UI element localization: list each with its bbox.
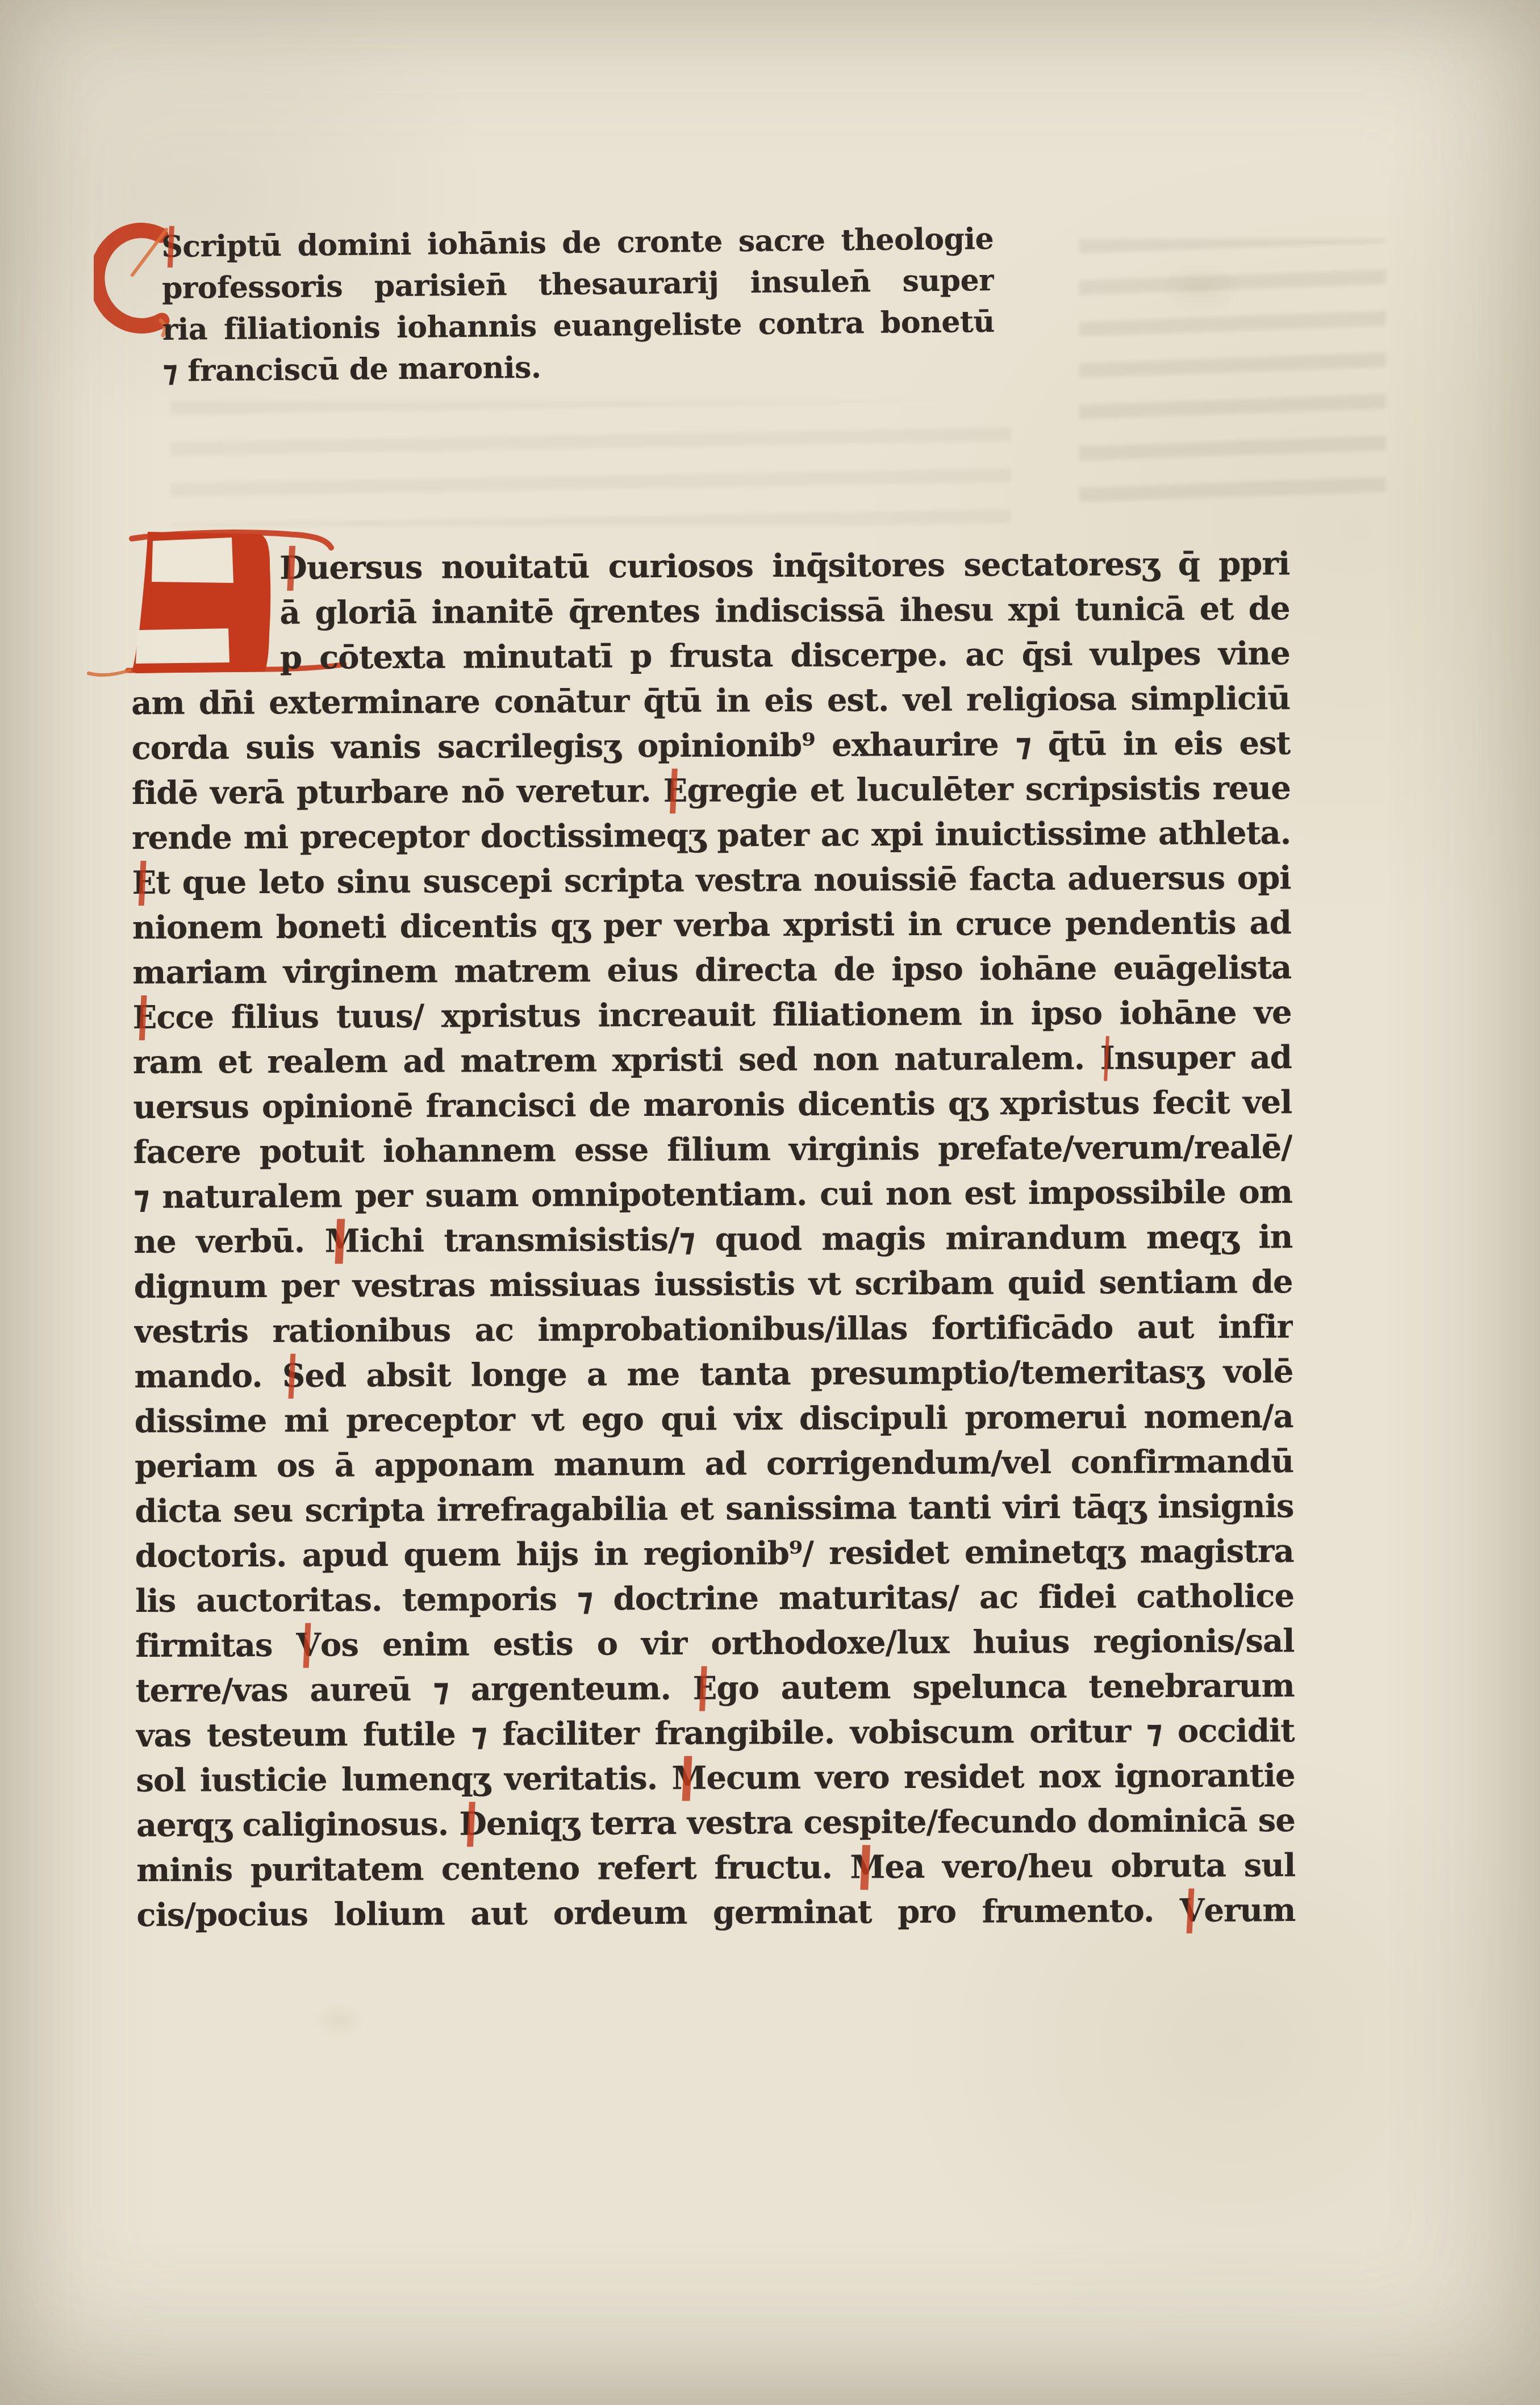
text-line: Et que leto sinu suscepi scripta vestra …: [132, 856, 1291, 906]
text-run: cis/pocius lolium aut ordeum germinat pr…: [136, 1892, 1180, 1934]
text-line: aerqʒ caliginosus. Deniqʒ terra vestra c…: [136, 1798, 1295, 1848]
text-line: cis/pocius lolium aut ordeum germinat pr…: [136, 1888, 1295, 1938]
text-run: ichi transmisistis/⁊ quod magis mirandum…: [360, 1218, 1293, 1260]
text-run: ria filiationis iohannis euangeliste con…: [162, 305, 995, 347]
text-line: terre/vas aureū ⁊ argenteum. Ego autem s…: [136, 1664, 1295, 1714]
text-run: p cōtexta minutatī p frusta discerpe. ac…: [280, 635, 1290, 677]
text-line: lis auctoritas. temporis ⁊ doctrine matu…: [135, 1574, 1294, 1624]
text-run: dissime mi preceptor vt ego qui vix disc…: [135, 1398, 1293, 1440]
text-line: dignum per vestras missiuas iussistis vt…: [134, 1260, 1293, 1310]
text-line: p cōtexta minutatī p frusta discerpe. ac…: [131, 631, 1290, 681]
show-through-ghost: [170, 401, 1011, 526]
text-run: ea vero/heu obruta sul: [884, 1847, 1295, 1886]
text-line: firmitas Vos enim estis o vir orthodoxe/…: [135, 1619, 1294, 1669]
text-run: facere potuit iohannem esse filium virgi…: [133, 1128, 1292, 1171]
text-line: professoris parisien̄ thesaurarij insule…: [162, 260, 995, 309]
rubricated-capital: M: [324, 1219, 359, 1264]
main-text-block: Duersus nouitatū curiosos inq̄sitores se…: [131, 541, 1296, 1938]
text-run: ecum vero residet nox ignorantie: [706, 1757, 1295, 1797]
rubricated-capital: E: [132, 861, 156, 906]
text-run: firmitas: [135, 1627, 296, 1665]
rubricated-capital: D: [459, 1802, 486, 1847]
text-run: ⁊ franciscū de maronis.: [162, 351, 541, 389]
text-run: uersus opinionē francisci de maronis dic…: [133, 1083, 1292, 1126]
text-line: ram et realem ad matrem xpristi sed non …: [133, 1035, 1292, 1085]
text-line: sol iusticie lumenqʒ veritatis. Mecum ve…: [136, 1753, 1295, 1803]
text-run: rende mi preceptor doctissimeqʒ pater ac…: [132, 814, 1291, 857]
rubricated-capital: V: [296, 1623, 320, 1668]
text-run: eniqʒ terra vestra cespite/fecundo domin…: [486, 1802, 1295, 1843]
text-run: dignum per vestras missiuas iussistis vt…: [134, 1263, 1293, 1306]
text-run: dicta seu scripta irrefragabilia et sani…: [135, 1487, 1293, 1530]
text-line: ne verbū. Michi transmisistis/⁊ quod mag…: [133, 1215, 1292, 1265]
rubricated-capital: S: [282, 1354, 305, 1399]
text-run: ā gloriā inanitē q̄rentes indiscissā ihe…: [279, 590, 1289, 636]
rubricated-capital: E: [663, 769, 687, 814]
text-line: vestris rationibus ac improbationibus/il…: [134, 1304, 1293, 1354]
page: { "colors": { "paper": "#e9e3d3", "ink":…: [0, 0, 1540, 2405]
text-run: mando.: [134, 1357, 282, 1395]
text-line: nionem boneti dicentis qʒ per verba xpri…: [132, 901, 1291, 951]
text-line: periam os ā apponam manum ad corrigendum…: [135, 1439, 1293, 1489]
rubricated-capital: E: [132, 995, 156, 1040]
text-run: criptū domini iohānis de cronte sacre th…: [182, 222, 994, 264]
text-line: ⁊ naturalem per suam omnipotentiam. cui …: [133, 1170, 1292, 1220]
text-line: ⁊ franciscū de maronis.: [162, 343, 995, 392]
text-run: uersus nouitatū curiosos inq̄sitores sec…: [307, 545, 1290, 587]
text-run: lis auctoritas. temporis ⁊ doctrine matu…: [135, 1577, 1294, 1620]
show-through-ghost: [1079, 239, 1386, 506]
text-line: facere potuit iohannem esse filium virgi…: [133, 1125, 1292, 1175]
text-line: mariam virginem matrem eius directa de i…: [132, 945, 1291, 995]
text-line: ā gloriā inanitē q̄rentes indiscissā ihe…: [131, 586, 1289, 636]
text-run: minis puritatem centeno refert fructu.: [136, 1848, 850, 1889]
text-run: mariam virginem matrem eius directa de i…: [132, 949, 1291, 991]
text-line: corda suis vanis sacrilegisʒ opinionib⁹ …: [131, 721, 1290, 771]
text-run: fidē verā pturbare nō veretur.: [132, 772, 663, 812]
text-line: am dn̄i exterminare conātur q̄tū in eis …: [131, 676, 1290, 726]
text-run: ed absit longe a me tanta presumptio/tem…: [304, 1353, 1293, 1395]
text-run: nsuper ad: [1115, 1039, 1292, 1077]
text-line: vas testeum futile ⁊ faciliter frangibil…: [136, 1708, 1295, 1758]
text-run: aerqʒ caliginosus.: [136, 1805, 460, 1844]
text-run: doctoris. apud quem hijs in regionib⁹/ r…: [135, 1532, 1294, 1575]
text-run: terre/vas aureū ⁊ argenteum.: [136, 1670, 693, 1710]
text-line: rende mi preceptor doctissimeqʒ pater ac…: [132, 811, 1291, 861]
rubricated-capital: E: [693, 1666, 717, 1711]
text-run: vas testeum futile ⁊ faciliter frangibil…: [136, 1712, 1295, 1754]
text-run: gregie et luculēter scripsistis reue: [687, 769, 1291, 810]
text-line: doctoris. apud quem hijs in regionib⁹/ r…: [135, 1529, 1294, 1579]
text-line: ria filiationis iohannis euangeliste con…: [162, 301, 995, 351]
text-run: ⁊ naturalem per suam omnipotentiam. cui …: [133, 1173, 1292, 1216]
text-line: fidē verā pturbare nō veretur. Egregie e…: [132, 766, 1291, 816]
text-line: mando. Sed absit longe a me tanta presum…: [134, 1349, 1293, 1399]
text-line: uersus opinionē francisci de maronis dic…: [133, 1080, 1292, 1130]
text-run: periam os ā apponam manum ad corrigendum…: [135, 1443, 1293, 1485]
text-line: dicta seu scripta irrefragabilia et sani…: [135, 1484, 1293, 1534]
text-line: Scriptū domini iohānis de cronte sacre t…: [161, 218, 994, 268]
text-run: t que leto sinu suscepi scripta vestra n…: [156, 859, 1291, 902]
rubricated-capital: M: [671, 1756, 706, 1801]
heading-block: Scriptū domini iohānis de cronte sacre t…: [161, 218, 995, 392]
text-run: erum: [1204, 1891, 1295, 1929]
text-run: sol iusticie lumenqʒ veritatis.: [136, 1760, 671, 1799]
rubricated-capital: M: [850, 1845, 884, 1890]
text-run: corda suis vanis sacrilegisʒ opinionib⁹ …: [131, 724, 1290, 767]
text-run: nionem boneti dicentis qʒ per verba xpri…: [132, 904, 1291, 947]
text-run: am dn̄i exterminare conātur q̄tū in eis …: [131, 680, 1290, 722]
rubricated-capital: S: [161, 226, 183, 268]
text-line: minis puritatem centeno refert fructu. M…: [136, 1843, 1295, 1893]
rubricated-capital: V: [1180, 1889, 1204, 1933]
text-run: ne verbū.: [133, 1223, 325, 1261]
text-line: dissime mi preceptor vt ego qui vix disc…: [135, 1394, 1293, 1444]
text-line: Ecce filius tuus/ xpristus increauit fil…: [132, 990, 1291, 1040]
text-line: Duersus nouitatū curiosos inq̄sitores se…: [131, 541, 1289, 591]
text-run: ram et realem ad matrem xpristi sed non …: [133, 1040, 1100, 1081]
text-run: os enim estis o vir orthodoxe/lux huius …: [320, 1622, 1295, 1664]
text-run: vestris rationibus ac improbationibus/il…: [134, 1308, 1293, 1351]
text-run: go autem spelunca tenebrarum: [716, 1667, 1295, 1707]
rubricated-capital: D: [279, 546, 307, 591]
rubricated-capital: I: [1100, 1036, 1115, 1081]
text-run: cce filius tuus/ xpristus increauit fili…: [156, 994, 1292, 1036]
